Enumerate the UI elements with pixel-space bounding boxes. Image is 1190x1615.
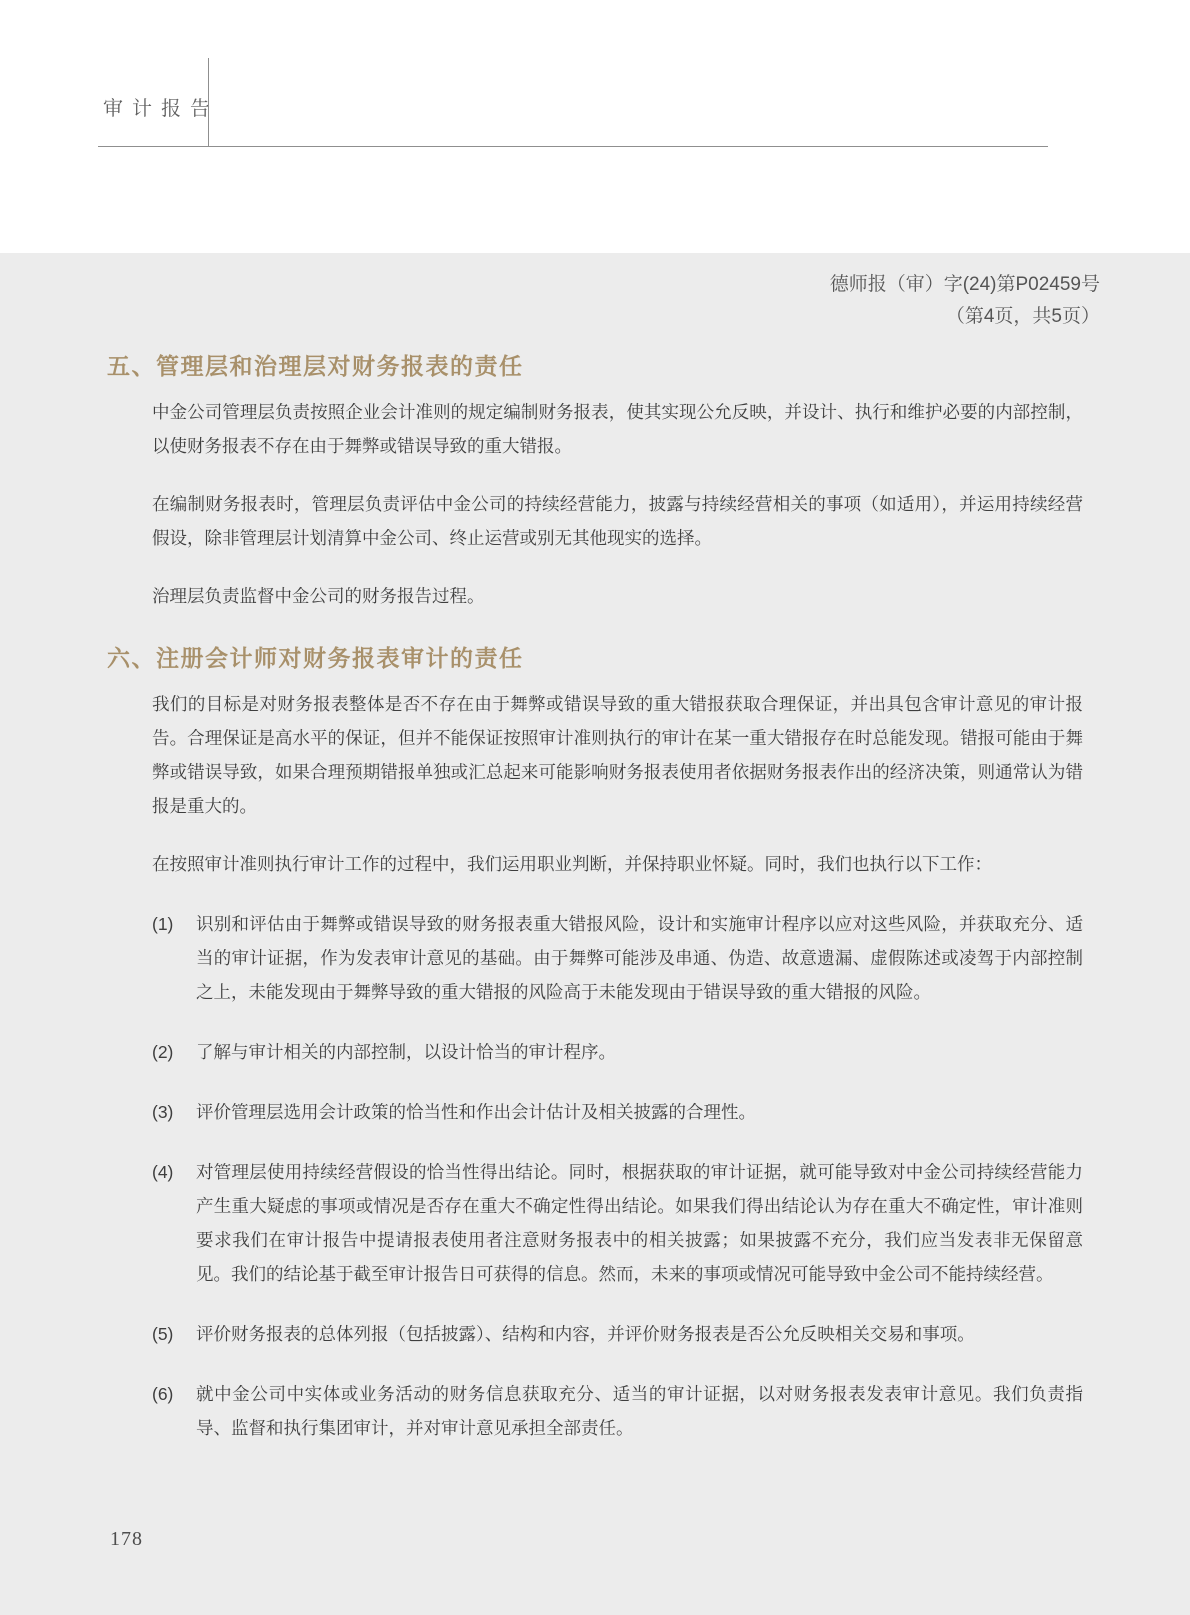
audit-procedures-list: (1) 识别和评估由于舞弊或错误导致的财务报表重大错报风险，设计和实施审计程序以…: [152, 907, 1083, 1445]
document-reference-number: 德师报（审）字(24)第P02459号: [107, 269, 1100, 301]
header-horizontal-rule: [98, 146, 1048, 147]
section-5-title: 五、管理层和治理层对财务报表的责任: [107, 351, 1083, 381]
list-item: (5) 评价财务报表的总体列报（包括披露）、结构和内容，并评价财务报表是否公允反…: [152, 1317, 1083, 1351]
list-item-text: 了解与审计相关的内部控制，以设计恰当的审计程序。: [196, 1035, 1083, 1069]
list-item-number: (5): [152, 1317, 196, 1351]
list-item: (6) 就中金公司中实体或业务活动的财务信息获取充分、适当的审计证据，以对财务报…: [152, 1377, 1083, 1445]
section-6-paragraph-1: 我们的目标是对财务报表整体是否不存在由于舞弊或错误导致的重大错报获取合理保证，并…: [152, 687, 1083, 823]
document-page-info: （第4页，共5页）: [107, 301, 1100, 333]
list-item-number: (2): [152, 1035, 196, 1069]
list-item-number: (3): [152, 1095, 196, 1129]
list-item-number: (4): [152, 1155, 196, 1291]
audit-report-page: 审计报告 德师报（审）字(24)第P02459号 （第4页，共5页） 五、管理层…: [0, 0, 1190, 1615]
section-5-paragraph-3: 治理层负责监督中金公司的财务报告过程。: [152, 579, 1083, 613]
page-header-label: 审计报告: [103, 92, 219, 121]
document-reference: 德师报（审）字(24)第P02459号 （第4页，共5页）: [107, 269, 1100, 333]
header-vertical-divider: [208, 58, 209, 147]
section-6-paragraph-2: 在按照审计准则执行审计工作的过程中，我们运用职业判断，并保持职业怀疑。同时，我们…: [152, 847, 1083, 881]
list-item-text: 对管理层使用持续经营假设的恰当性得出结论。同时，根据获取的审计证据，就可能导致对…: [196, 1155, 1083, 1291]
list-item-number: (6): [152, 1377, 196, 1445]
list-item: (4) 对管理层使用持续经营假设的恰当性得出结论。同时，根据获取的审计证据，就可…: [152, 1155, 1083, 1291]
list-item: (3) 评价管理层选用会计政策的恰当性和作出会计估计及相关披露的合理性。: [152, 1095, 1083, 1129]
list-item: (1) 识别和评估由于舞弊或错误导致的财务报表重大错报风险，设计和实施审计程序以…: [152, 907, 1083, 1009]
page-number: 178: [110, 1528, 143, 1551]
section-5-paragraph-2: 在编制财务报表时，管理层负责评估中金公司的持续经营能力，披露与持续经营相关的事项…: [152, 487, 1083, 555]
list-item-text: 评价管理层选用会计政策的恰当性和作出会计估计及相关披露的合理性。: [196, 1095, 1083, 1129]
list-item-number: (1): [152, 907, 196, 1009]
list-item: (2) 了解与审计相关的内部控制，以设计恰当的审计程序。: [152, 1035, 1083, 1069]
section-6-title: 六、注册会计师对财务报表审计的责任: [107, 643, 1083, 673]
list-item-text: 评价财务报表的总体列报（包括披露）、结构和内容，并评价财务报表是否公允反映相关交…: [196, 1317, 1083, 1351]
section-5-paragraph-1: 中金公司管理层负责按照企业会计准则的规定编制财务报表，使其实现公允反映，并设计、…: [152, 395, 1083, 463]
content-area: 德师报（审）字(24)第P02459号 （第4页，共5页） 五、管理层和治理层对…: [0, 253, 1190, 1615]
list-item-text: 就中金公司中实体或业务活动的财务信息获取充分、适当的审计证据，以对财务报表发表审…: [196, 1377, 1083, 1445]
list-item-text: 识别和评估由于舞弊或错误导致的财务报表重大错报风险，设计和实施审计程序以应对这些…: [196, 907, 1083, 1009]
